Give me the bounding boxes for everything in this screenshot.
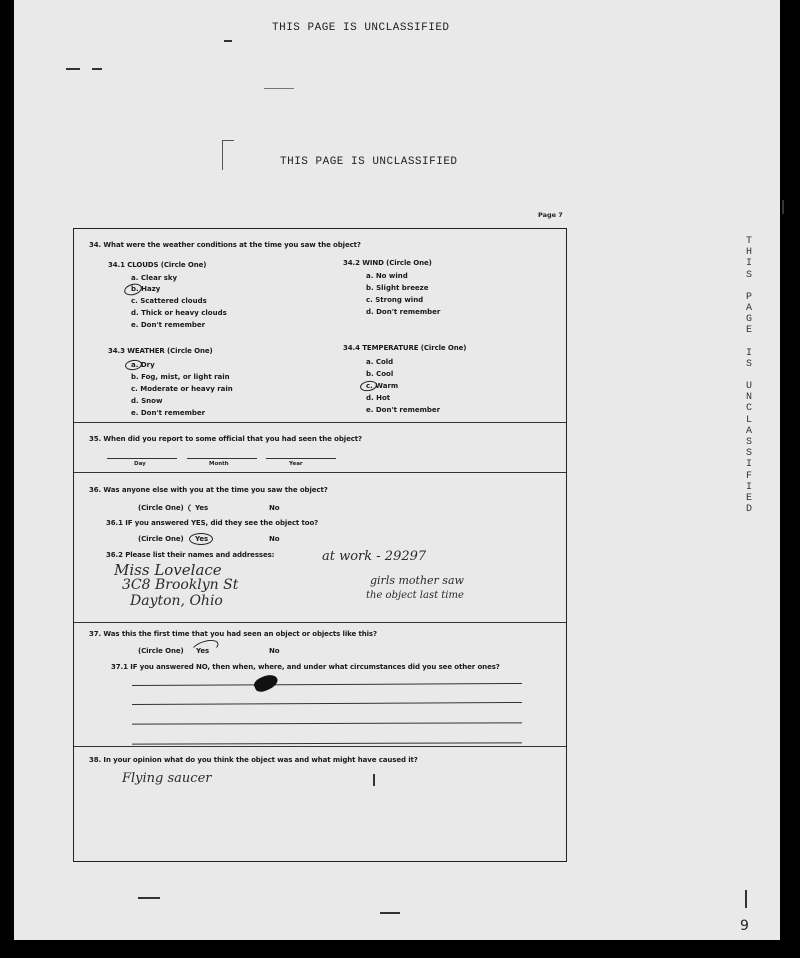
side-letter: P <box>743 292 755 303</box>
side-letter: I <box>743 348 755 359</box>
side-letter: S <box>743 437 755 448</box>
page-number: Page 7 <box>538 211 563 219</box>
corner-page-mark: 9 <box>740 918 749 934</box>
side-letter: H <box>743 247 755 258</box>
selection-circle-icon <box>189 533 213 545</box>
section-q36: 36. Was anyone else with you at the time… <box>74 473 566 623</box>
weather-option-d[interactable]: d. Snow <box>131 397 162 405</box>
weather-option-e[interactable]: e. Don't remember <box>131 409 205 417</box>
q38-question: 38. In your opinion what do you think th… <box>89 756 418 764</box>
scan-mark <box>222 140 234 141</box>
selection-circle-icon <box>359 380 377 393</box>
clouds-option-e[interactable]: e. Don't remember <box>131 321 205 329</box>
section-q38: 38. In your opinion what do you think th… <box>74 747 566 863</box>
q34-4-temperature-title: 34.4 TEMPERATURE (Circle One) <box>343 344 466 352</box>
q36-2-question: 36.2 Please list their names and address… <box>106 551 274 559</box>
q36-question: 36. Was anyone else with you at the time… <box>89 486 328 494</box>
section-q35: 35. When did you report to some official… <box>74 423 566 473</box>
scan-mark <box>222 140 223 170</box>
wind-option-b[interactable]: b. Slight breeze <box>366 284 429 292</box>
temperature-option-b[interactable]: b. Cool <box>366 370 393 378</box>
scan-speck <box>782 200 784 214</box>
section-q37: 37. Was this the first time that you had… <box>74 623 566 747</box>
q36-no-option[interactable]: No <box>269 504 279 512</box>
selection-circle-icon <box>124 359 142 371</box>
side-letter: F <box>743 471 755 482</box>
handwritten-phone: at work - 29297 <box>322 549 426 564</box>
q37-no-option[interactable]: No <box>269 647 279 655</box>
handwritten-note-line2: the object last time <box>366 590 464 601</box>
side-letter: E <box>743 493 755 504</box>
side-letter: A <box>743 303 755 314</box>
handwritten-city: Dayton, Ohio <box>130 593 223 609</box>
side-letter: I <box>743 258 755 269</box>
classification-banner: THIS PAGE IS UNCLASSIFIED <box>280 156 458 168</box>
top-classification-banner: THIS PAGE IS UNCLASSIFIED <box>272 22 450 34</box>
side-letter: S <box>743 448 755 459</box>
temperature-option-e[interactable]: e. Don't remember <box>366 406 440 414</box>
q34-2-wind-title: 34.2 WIND (Circle One) <box>343 259 432 267</box>
answer-line-2[interactable] <box>132 702 522 705</box>
wind-option-c[interactable]: c. Strong wind <box>366 296 423 304</box>
year-field[interactable] <box>266 458 336 459</box>
side-gap <box>743 337 755 348</box>
q34-1-clouds-title: 34.1 CLOUDS (Circle One) <box>108 261 206 269</box>
wind-option-d[interactable]: d. Don't remember <box>366 308 440 316</box>
q36-1-question: 36.1 IF you answered YES, did they see t… <box>106 519 318 527</box>
scan-mark <box>380 912 400 914</box>
side-letter: I <box>743 459 755 470</box>
scanned-page: THIS PAGE IS UNCLASSIFIED THIS PAGE IS U… <box>14 0 780 940</box>
q37-question: 37. Was this the first time that you had… <box>89 630 377 638</box>
temperature-option-d[interactable]: d. Hot <box>366 394 390 402</box>
day-label: Day <box>134 461 146 467</box>
handwritten-street: 3C8 Brooklyn St <box>122 577 238 593</box>
year-label: Year <box>289 461 303 467</box>
side-letter: S <box>743 359 755 370</box>
handwritten-answer: Flying saucer <box>122 771 212 786</box>
q36-1-no-option[interactable]: No <box>269 535 279 543</box>
month-label: Month <box>209 461 229 467</box>
side-letter: E <box>743 325 755 336</box>
side-letter: C <box>743 403 755 414</box>
q37-1-question: 37.1 IF you answered NO, then when, wher… <box>111 663 500 671</box>
weather-option-b[interactable]: b. Fog, mist, or light rain <box>131 373 230 381</box>
side-letter: A <box>743 426 755 437</box>
scan-speck <box>224 40 232 42</box>
scan-speck <box>92 68 102 70</box>
side-letter: L <box>743 415 755 426</box>
q36-1-circle-one: (Circle One) <box>138 535 184 543</box>
side-letter: I <box>743 482 755 493</box>
side-letter: U <box>743 381 755 392</box>
answer-line-3[interactable] <box>132 722 522 724</box>
q34-3-weather-title: 34.3 WEATHER (Circle One) <box>108 347 213 355</box>
side-gap <box>743 281 755 292</box>
weather-option-c[interactable]: c. Moderate or heavy rain <box>131 385 233 393</box>
scan-mark <box>138 897 160 899</box>
section-q34: 34. What were the weather conditions at … <box>74 229 566 423</box>
scan-mark <box>745 890 747 908</box>
clouds-option-d[interactable]: d. Thick or heavy clouds <box>131 309 227 317</box>
q37-circle-one: (Circle One) <box>138 647 184 655</box>
questionnaire-form: 34. What were the weather conditions at … <box>73 228 567 862</box>
side-letter: S <box>743 270 755 281</box>
wind-option-a[interactable]: a. No wind <box>366 272 408 280</box>
answer-line-1[interactable] <box>132 683 522 686</box>
scan-speck <box>66 68 80 70</box>
q36-circle-one: (Circle One) <box>138 504 184 512</box>
q34-question: 34. What were the weather conditions at … <box>89 241 361 249</box>
month-field[interactable] <box>187 458 257 459</box>
selection-circle-icon <box>188 502 210 514</box>
side-letter: D <box>743 504 755 515</box>
scan-mark <box>373 774 375 786</box>
clouds-option-c[interactable]: c. Scattered clouds <box>131 297 207 305</box>
handwritten-note-line1: girls mother saw <box>370 574 464 587</box>
answer-line-4[interactable] <box>132 742 522 744</box>
q35-question: 35. When did you report to some official… <box>89 435 362 443</box>
temperature-option-a[interactable]: a. Cold <box>366 358 393 366</box>
side-letter: G <box>743 314 755 325</box>
day-field[interactable] <box>107 458 177 459</box>
clouds-option-a[interactable]: a. Clear sky <box>131 274 177 282</box>
selection-circle-icon <box>123 282 143 297</box>
side-letter: T <box>743 236 755 247</box>
side-letter: N <box>743 392 755 403</box>
ink-blot <box>252 672 280 695</box>
side-gap <box>743 370 755 381</box>
vertical-classification-banner: T H I S P A G E I S U N C L A S S I F I … <box>743 236 755 515</box>
scan-speck <box>264 88 294 89</box>
